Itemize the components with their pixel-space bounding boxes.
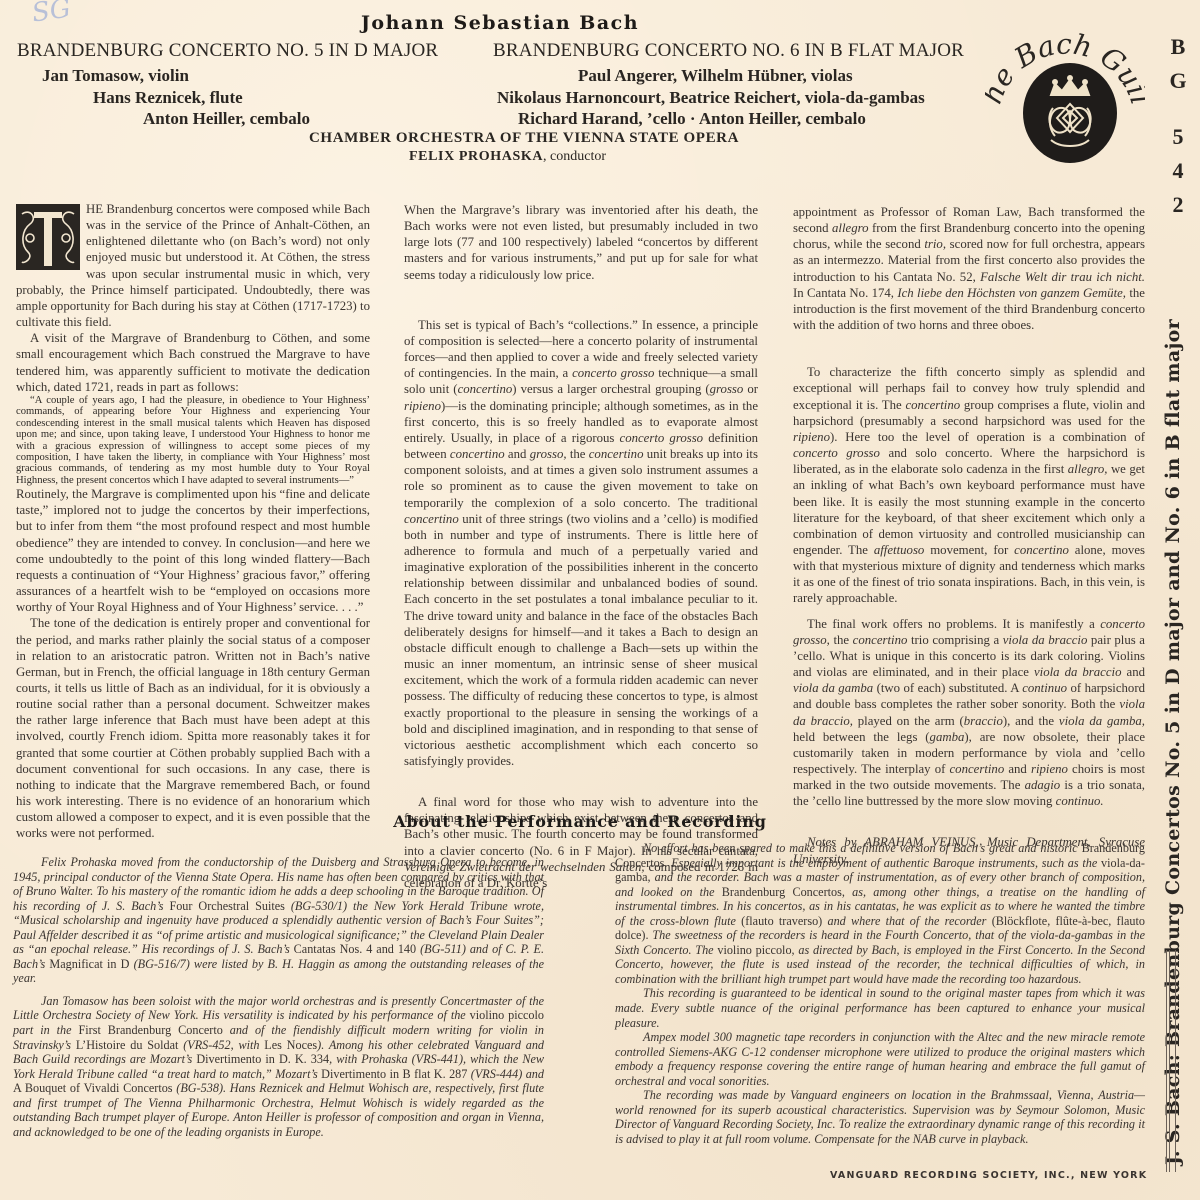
- paragraph: To characterize the fifth concerto simpl…: [793, 364, 1145, 606]
- paragraph: This set is typical of Bach’s “collectio…: [404, 317, 758, 769]
- conductor-role: , conductor: [543, 149, 606, 164]
- dedication-quote: “A couple of years ago, I had the pleasu…: [16, 395, 370, 486]
- paragraph: The final work offers no problems. It is…: [793, 616, 1145, 810]
- ornamental-dropcap: [16, 204, 80, 270]
- catalog-char: 2: [1163, 188, 1193, 222]
- paragraph: No effort has been spared to make this a…: [615, 841, 1145, 986]
- liner-notes-column-1: HE Brandenburg concertos were composed w…: [16, 201, 370, 842]
- performer-line: Nikolaus Harnoncourt, Beatrice Reichert,…: [497, 88, 925, 108]
- paragraph: Routinely, the Margrave is complimented …: [16, 486, 370, 615]
- catalog-number: B G 5 4 2: [1163, 30, 1193, 222]
- performer-line: Paul Angerer, Wilhelm Hübner, violas: [578, 66, 853, 86]
- catalog-char: G: [1163, 64, 1193, 98]
- performer-line: Anton Heiller, cembalo: [143, 109, 310, 129]
- liner-notes-column-2: When the Margrave’s library was inventor…: [404, 202, 758, 891]
- spine-rule-divider: [1166, 950, 1176, 1172]
- concerto-5-title: BRANDENBURG CONCERTO NO. 5 IN D MAJOR: [17, 40, 438, 62]
- paragraph: Ampex model 300 magnetic tape recorders …: [615, 1030, 1145, 1088]
- conductor-name: FELIX PROHASKA: [409, 149, 543, 164]
- bach-guild-logo: The Bach Guild: [985, 18, 1145, 168]
- conductor-line: FELIX PROHASKA, conductor: [409, 149, 606, 165]
- catalog-char: 5: [1163, 120, 1193, 154]
- paragraph: The tone of the dedication is entirely p…: [16, 615, 370, 841]
- composer-heading: Johann Sebastian Bach: [0, 12, 1000, 34]
- paragraph: Jan Tomasow has been soloist with the ma…: [13, 994, 544, 1139]
- floral-ornament-icon: [16, 204, 80, 270]
- catalog-char: B: [1163, 30, 1193, 64]
- paragraph: The recording was made by Vanguard engin…: [615, 1088, 1145, 1146]
- performer-line: Hans Reznicek, flute: [93, 88, 243, 108]
- about-section-title: About the Performance and Recording: [0, 812, 1160, 831]
- orchestra-name: CHAMBER ORCHESTRA OF THE VIENNA STATE OP…: [309, 130, 739, 147]
- liner-notes-column-3: appointment as Professor of Roman Law, B…: [793, 204, 1145, 867]
- paragraph: A visit of the Margrave of Brandenburg t…: [16, 330, 370, 395]
- paragraph: Felix Prohaska moved from the conductors…: [13, 855, 544, 986]
- about-column-left: Felix Prohaska moved from the conductors…: [13, 855, 544, 1139]
- about-column-right: No effort has been spared to make this a…: [615, 841, 1145, 1146]
- catalog-char: 4: [1163, 154, 1193, 188]
- paragraph: appointment as Professor of Roman Law, B…: [793, 204, 1145, 333]
- publisher-imprint: VANGUARD RECORDING SOCIETY, INC., NEW YO…: [830, 1170, 1147, 1181]
- paragraph: When the Margrave’s library was inventor…: [404, 202, 758, 283]
- paragraph: This recording is guaranteed to be ident…: [615, 986, 1145, 1030]
- concerto-6-title: BRANDENBURG CONCERTO NO. 6 IN B FLAT MAJ…: [493, 40, 964, 62]
- performer-line: Richard Harand, ’cello · Anton Heiller, …: [518, 109, 866, 129]
- performer-line: Jan Tomasow, violin: [42, 66, 189, 86]
